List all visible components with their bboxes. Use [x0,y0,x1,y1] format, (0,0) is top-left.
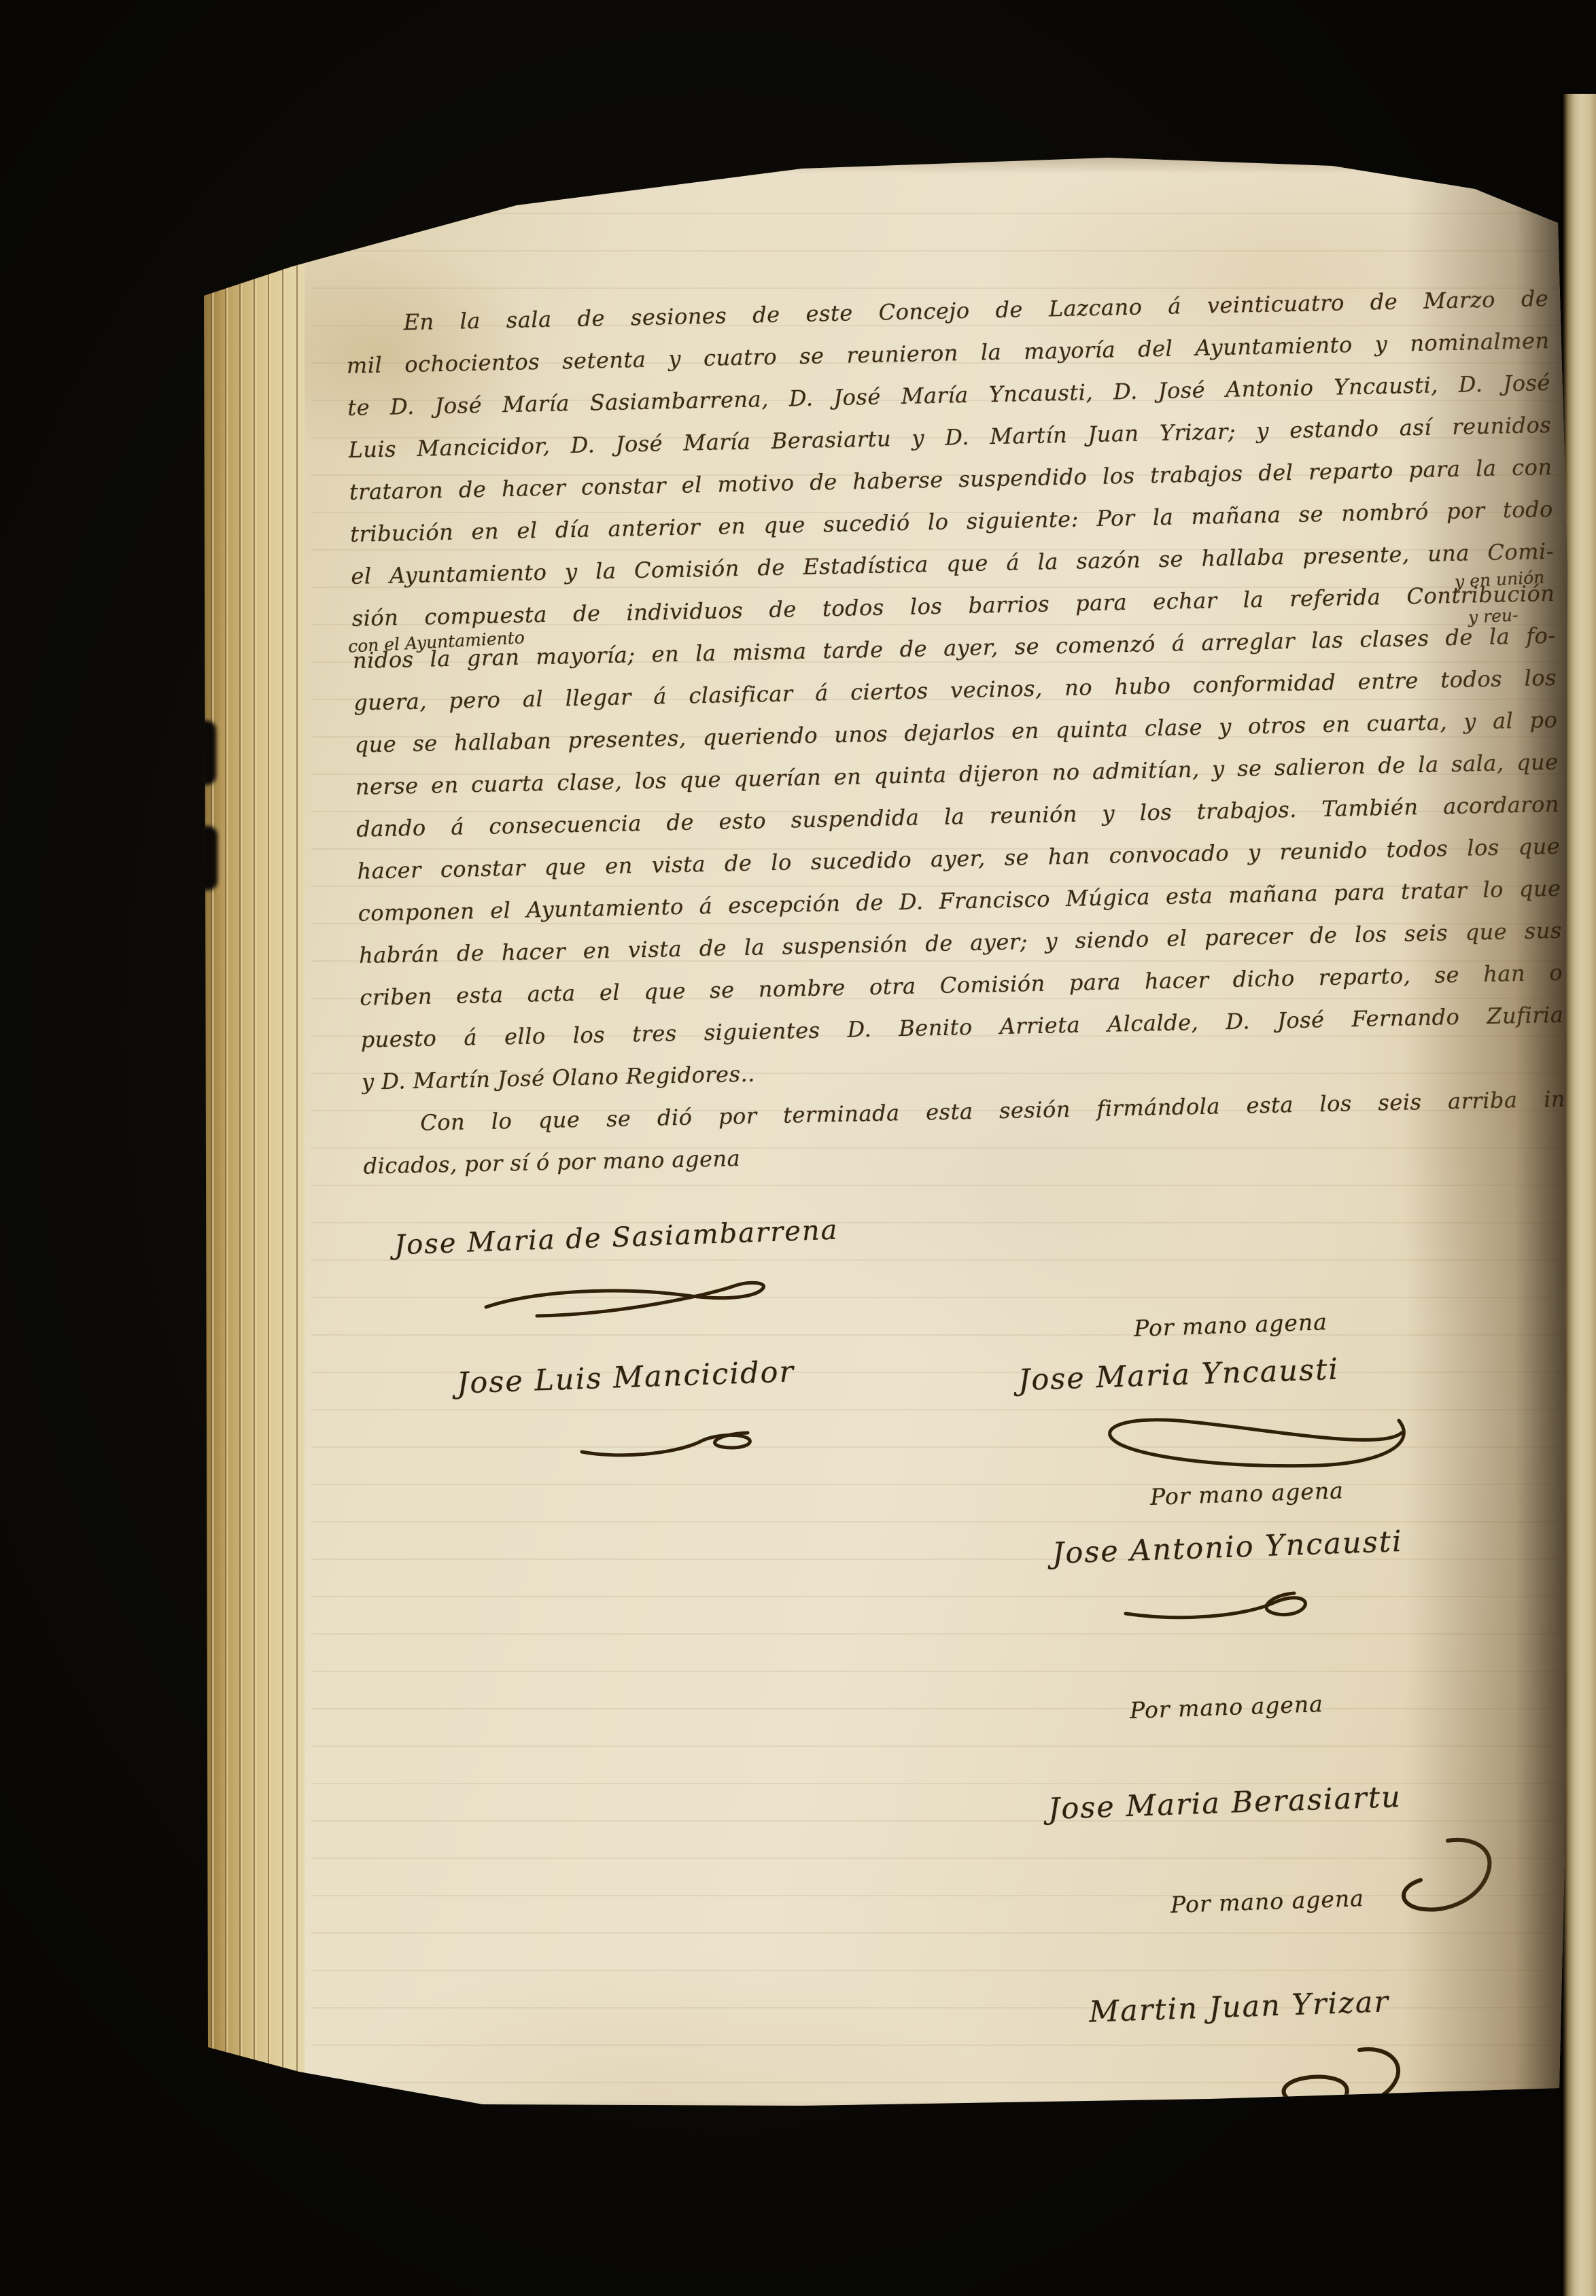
interline-insert-carry: y reu- [1468,605,1519,627]
binding-mark [196,720,216,785]
binding-mark [197,826,218,890]
book-page: 64 En la sala de sesiones de este Concej… [190,156,1570,2121]
page-number: 64 [315,190,358,230]
photo-background: 64 En la sala de sesiones de este Concej… [0,0,1596,2296]
manuscript-lines: En la sala de sesiones de este Concejo d… [345,277,1569,1254]
